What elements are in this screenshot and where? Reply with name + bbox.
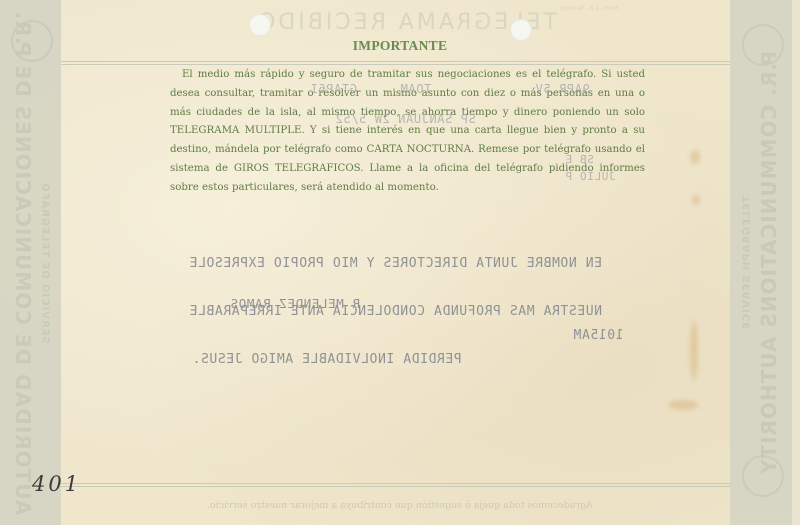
typed-header-ghost: SP SANJUAN 2W 5/52 (335, 112, 476, 126)
typed-header-ghost: TOAM (400, 82, 431, 96)
punch-hole (249, 14, 271, 36)
handwritten-number: 401 (32, 472, 81, 496)
typed-time: 1015AM (573, 328, 624, 343)
message-line: PERDIDA INOLVIDABLE AMIGO JESUS. (192, 352, 602, 368)
footer-note: Agradecemos toda queja ó sugestión que c… (0, 500, 800, 511)
paper-stain (668, 400, 698, 410)
left-band-title: AUTORIDAD DE COMUNICACIONES DE P.R. (11, 10, 35, 515)
form-number: Form. 1-3 - Servicio (560, 5, 619, 12)
typed-message: EN NOMBRE JUNTA DIRECTORES Y MIO PROPIO … (192, 224, 602, 400)
message-line: EN NOMBRE JUNTA DIRECTORES Y MIO PROPIO … (192, 256, 602, 272)
typed-header-ghost: SB E (565, 153, 594, 166)
paper-stain (690, 320, 698, 380)
bottom-rule (61, 483, 730, 487)
typed-header-ghost: JULIO P (565, 170, 616, 183)
right-band-title: P.R. COMMUNICATIONS AUTHORITY (757, 50, 781, 474)
right-band-subtitle: TELEGRAPH SERVICE (742, 195, 753, 329)
paper-stain (692, 195, 700, 205)
left-side-band: AUTORIDAD DE COMUNICACIONES DE P.R. SERV… (0, 0, 61, 525)
right-side-band: P.R. COMMUNICATIONS AUTHORITY TELEGRAPH … (730, 0, 792, 525)
typed-header-ghost: 9APR 5V (535, 82, 590, 96)
paper-edge (792, 0, 800, 525)
top-rule (61, 61, 730, 65)
paper-stain (690, 150, 700, 164)
typed-header-ghost: GTAP6I (310, 82, 357, 96)
left-band-subtitle: SERVICIO DE TELEGRAFO (39, 182, 50, 344)
page-title: IMPORTANTE (0, 38, 800, 54)
typed-signature: R MELENDEZ RAMOS (230, 296, 360, 311)
telegram-document: AUTORIDAD DE COMUNICACIONES DE P.R. SERV… (0, 0, 800, 525)
